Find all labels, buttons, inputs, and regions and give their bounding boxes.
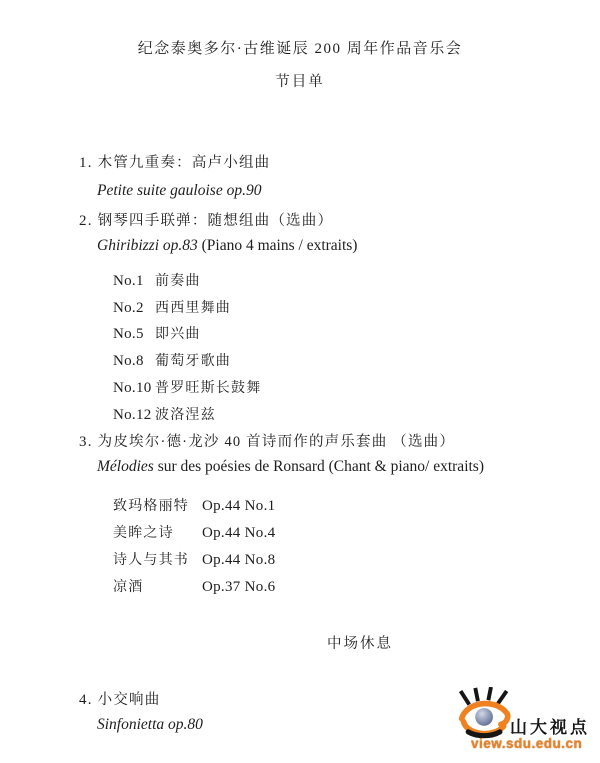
- movement-row: No.2西西里舞曲: [113, 297, 231, 317]
- item-title-zh: 小交响曲: [98, 692, 161, 708]
- program-item-2-title-fr: Ghiribizzi op.83 (Piano 4 mains / extrai…: [97, 237, 357, 255]
- item-number: 2.: [79, 213, 93, 229]
- program-item-4-title: 4.小交响曲: [79, 688, 160, 709]
- movement-number: No.8: [113, 353, 155, 370]
- song-name: 诗人与其书: [113, 549, 202, 569]
- item-title-zh: 为皮埃尔·德·龙沙 40 首诗而作的声乐套曲 （选曲）: [98, 434, 455, 450]
- movement-number: No.5: [113, 326, 155, 343]
- song-opus: Op.44 No.1: [202, 498, 275, 514]
- item-title-zh: 钢琴四手联弹：随想组曲（选曲）: [98, 213, 334, 229]
- song-row: 致玛格丽特Op.44 No.1: [113, 495, 275, 515]
- program-item-4-title-fr: Sinfonietta op.80: [97, 716, 203, 734]
- song-name: 凉酒: [113, 576, 202, 596]
- site-watermark: 山大视点 view.sdu.edu.cn: [455, 685, 600, 763]
- movement-name: 前奏曲: [155, 274, 201, 289]
- song-name: 致玛格丽特: [113, 495, 202, 515]
- intermission-label: 中场休息: [60, 632, 600, 653]
- movement-row: No.5即兴曲: [113, 323, 201, 343]
- item-number: 4.: [79, 692, 93, 708]
- song-row: 诗人与其书Op.44 No.8: [113, 549, 275, 569]
- movement-name: 波洛涅兹: [155, 408, 216, 423]
- watermark-site-name: 山大视点: [510, 713, 590, 738]
- program-item-3-title: 3.为皮埃尔·德·龙沙 40 首诗而作的声乐套曲 （选曲）: [79, 430, 455, 451]
- work-title-fr: Mélodies: [97, 458, 154, 475]
- page-subtitle: 节目单: [0, 70, 600, 91]
- program-item-3-title-fr: Mélodies sur des poésies de Ronsard (Cha…: [97, 458, 484, 476]
- movement-row: No.8葡萄牙歌曲: [113, 350, 231, 370]
- item-number: 1.: [79, 155, 93, 171]
- work-title-fr: Ghiribizzi op.83: [97, 237, 198, 254]
- movement-name: 即兴曲: [155, 327, 201, 342]
- program-item-2-title: 2.钢琴四手联弹：随想组曲（选曲）: [79, 209, 333, 230]
- page-title: 纪念泰奥多尔·古维诞辰 200 周年作品音乐会: [0, 37, 600, 58]
- song-opus: Op.44 No.4: [202, 525, 275, 541]
- movement-name: 普罗旺斯长鼓舞: [155, 381, 261, 396]
- program-item-1-title-fr: Petite suite gauloise op.90: [97, 182, 261, 200]
- movement-row: No.12波洛涅兹: [113, 404, 216, 424]
- movement-name: 葡萄牙歌曲: [155, 354, 231, 369]
- movement-row: No.10普罗旺斯长鼓舞: [113, 377, 261, 397]
- concert-program-page: 纪念泰奥多尔·古维诞辰 200 周年作品音乐会 节目单 1.木管九重奏：高卢小组…: [0, 0, 600, 763]
- movement-name: 西西里舞曲: [155, 301, 231, 316]
- item-title-zh: 木管九重奏：高卢小组曲: [98, 155, 271, 171]
- program-item-1-title: 1.木管九重奏：高卢小组曲: [79, 151, 270, 172]
- movement-row: No.1前奏曲: [113, 270, 201, 290]
- song-name: 美眸之诗: [113, 522, 202, 542]
- movement-number: No.1: [113, 273, 155, 290]
- work-subtitle-fr: (Piano 4 mains / extraits): [198, 237, 358, 254]
- movement-number: No.12: [113, 407, 155, 424]
- song-opus: Op.37 No.6: [202, 579, 275, 595]
- movement-number: No.10: [113, 380, 155, 397]
- movement-number: No.2: [113, 300, 155, 317]
- song-row: 凉酒Op.37 No.6: [113, 576, 275, 596]
- song-row: 美眸之诗Op.44 No.4: [113, 522, 275, 542]
- item-number: 3.: [79, 434, 93, 450]
- watermark-site-url: view.sdu.edu.cn: [471, 736, 582, 751]
- work-subtitle-fr: sur des poésies de Ronsard (Chant & pian…: [154, 458, 484, 475]
- song-opus: Op.44 No.8: [202, 552, 275, 568]
